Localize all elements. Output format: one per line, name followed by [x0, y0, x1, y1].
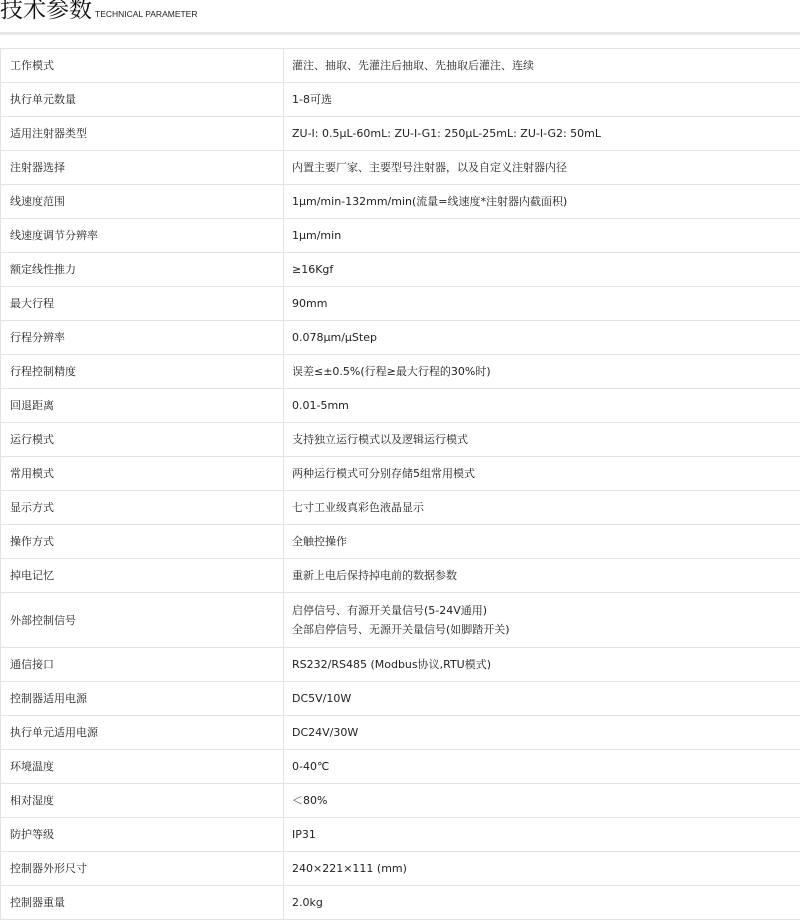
param-label: 操作方式 [1, 525, 284, 559]
param-value: 1-8可选 [284, 83, 800, 117]
table-row: 控制器重量 2.0kg [1, 886, 800, 912]
spec-table: 工作模式 灌注、抽取、先灌注后抽取、先抽取后灌注、连续 执行单元数量 1-8可选… [0, 48, 800, 911]
table-row: 执行单元适用电源 DC24V/30W [1, 716, 800, 750]
param-value: 1μm/min-132mm/min(流量=线速度*注射器内截面积) [284, 185, 800, 219]
param-value: DC24V/30W [284, 716, 800, 750]
param-label: 掉电记忆 [1, 559, 284, 593]
param-label: 行程分辨率 [1, 321, 284, 355]
param-value: ＜80% [284, 784, 800, 818]
table-row: 操作方式 全触控操作 [1, 525, 800, 559]
param-value-line: 启停信号、有源开关量信号(5-24V通用) [292, 601, 800, 620]
param-label: 环境温度 [1, 750, 284, 784]
table-row: 线速度范围 1μm/min-132mm/min(流量=线速度*注射器内截面积) [1, 185, 800, 219]
param-label: 通信接口 [1, 648, 284, 682]
param-value: 全触控操作 [284, 525, 800, 559]
table-row: 最大行程 90mm [1, 287, 800, 321]
param-value: 启停信号、有源开关量信号(5-24V通用) 全部启停信号、无源开关量信号(如脚踏… [284, 593, 800, 648]
param-label: 工作模式 [1, 49, 284, 83]
param-value: 0.01-5mm [284, 389, 800, 423]
table-row: 额定线性推力 ≥16Kgf [1, 253, 800, 287]
param-label: 适用注射器类型 [1, 117, 284, 151]
param-label: 常用模式 [1, 457, 284, 491]
section-header: 技术参数 TECHNICAL PARAMETER [0, 0, 800, 32]
table-row: 行程控制精度 误差≤±0.5%(行程≥最大行程的30%时) [1, 355, 800, 389]
param-value: 重新上电后保持掉电前的数据参数 [284, 559, 800, 593]
param-label: 防护等级 [1, 818, 284, 852]
table-row: 显示方式 七寸工业级真彩色液晶显示 [1, 491, 800, 525]
table-row: 行程分辨率 0.078μm/μStep [1, 321, 800, 355]
param-label: 控制器适用电源 [1, 682, 284, 716]
param-label: 显示方式 [1, 491, 284, 525]
table-row: 防护等级 IP31 [1, 818, 800, 852]
param-value: RS232/RS485 (Modbus协议,RTU模式) [284, 648, 800, 682]
param-label: 额定线性推力 [1, 253, 284, 287]
param-label: 注射器选择 [1, 151, 284, 185]
param-value: DC5V/10W [284, 682, 800, 716]
param-value: ZU-I: 0.5μL-60mL: ZU-I-G1: 250μL-25mL: Z… [284, 117, 800, 151]
param-label: 最大行程 [1, 287, 284, 321]
table-row: 运行模式 支持独立运行模式以及逻辑运行模式 [1, 423, 800, 457]
table-row: 回退距离 0.01-5mm [1, 389, 800, 423]
table-row: 环境温度 0-40℃ [1, 750, 800, 784]
section-title: 技术参数 [0, 0, 92, 25]
param-value: 灌注、抽取、先灌注后抽取、先抽取后灌注、连续 [284, 49, 800, 83]
param-value: 240×221×111 (mm) [284, 852, 800, 886]
param-label: 控制器外形尺寸 [1, 852, 284, 886]
param-value: 1μm/min [284, 219, 800, 253]
param-label: 回退距离 [1, 389, 284, 423]
param-label: 线速度调节分辨率 [1, 219, 284, 253]
table-row: 适用注射器类型 ZU-I: 0.5μL-60mL: ZU-I-G1: 250μL… [1, 117, 800, 151]
param-label: 行程控制精度 [1, 355, 284, 389]
param-value: IP31 [284, 818, 800, 852]
param-value: 两种运行模式可分别存储5组常用模式 [284, 457, 800, 491]
table-row: 通信接口 RS232/RS485 (Modbus协议,RTU模式) [1, 648, 800, 682]
param-value: 0-40℃ [284, 750, 800, 784]
param-label: 控制器重量 [1, 886, 284, 912]
table-row: 注射器选择 内置主要厂家、主要型号注射器，以及自定义注射器内径 [1, 151, 800, 185]
table-row: 外部控制信号 启停信号、有源开关量信号(5-24V通用) 全部启停信号、无源开关… [1, 593, 800, 648]
table-row: 相对湿度 ＜80% [1, 784, 800, 818]
param-value: 0.078μm/μStep [284, 321, 800, 355]
param-label: 执行单元适用电源 [1, 716, 284, 750]
param-label: 外部控制信号 [1, 593, 284, 648]
param-value: 支持独立运行模式以及逻辑运行模式 [284, 423, 800, 457]
header-divider [0, 32, 800, 35]
param-value: ≥16Kgf [284, 253, 800, 287]
param-label: 运行模式 [1, 423, 284, 457]
table-row: 线速度调节分辨率 1μm/min [1, 219, 800, 253]
table-row: 常用模式 两种运行模式可分别存储5组常用模式 [1, 457, 800, 491]
param-value: 七寸工业级真彩色液晶显示 [284, 491, 800, 525]
table-row: 控制器外形尺寸 240×221×111 (mm) [1, 852, 800, 886]
table-row: 执行单元数量 1-8可选 [1, 83, 800, 117]
param-label: 相对湿度 [1, 784, 284, 818]
param-value: 内置主要厂家、主要型号注射器，以及自定义注射器内径 [284, 151, 800, 185]
table-row: 掉电记忆 重新上电后保持掉电前的数据参数 [1, 559, 800, 593]
param-label: 线速度范围 [1, 185, 284, 219]
param-value: 2.0kg [284, 886, 800, 912]
table-row: 工作模式 灌注、抽取、先灌注后抽取、先抽取后灌注、连续 [1, 49, 800, 83]
param-value-line: 全部启停信号、无源开关量信号(如脚踏开关) [292, 620, 800, 639]
param-value: 90mm [284, 287, 800, 321]
table-row: 控制器适用电源 DC5V/10W [1, 682, 800, 716]
param-label: 执行单元数量 [1, 83, 284, 117]
section-subtitle: TECHNICAL PARAMETER [95, 9, 198, 19]
param-value: 误差≤±0.5%(行程≥最大行程的30%时) [284, 355, 800, 389]
